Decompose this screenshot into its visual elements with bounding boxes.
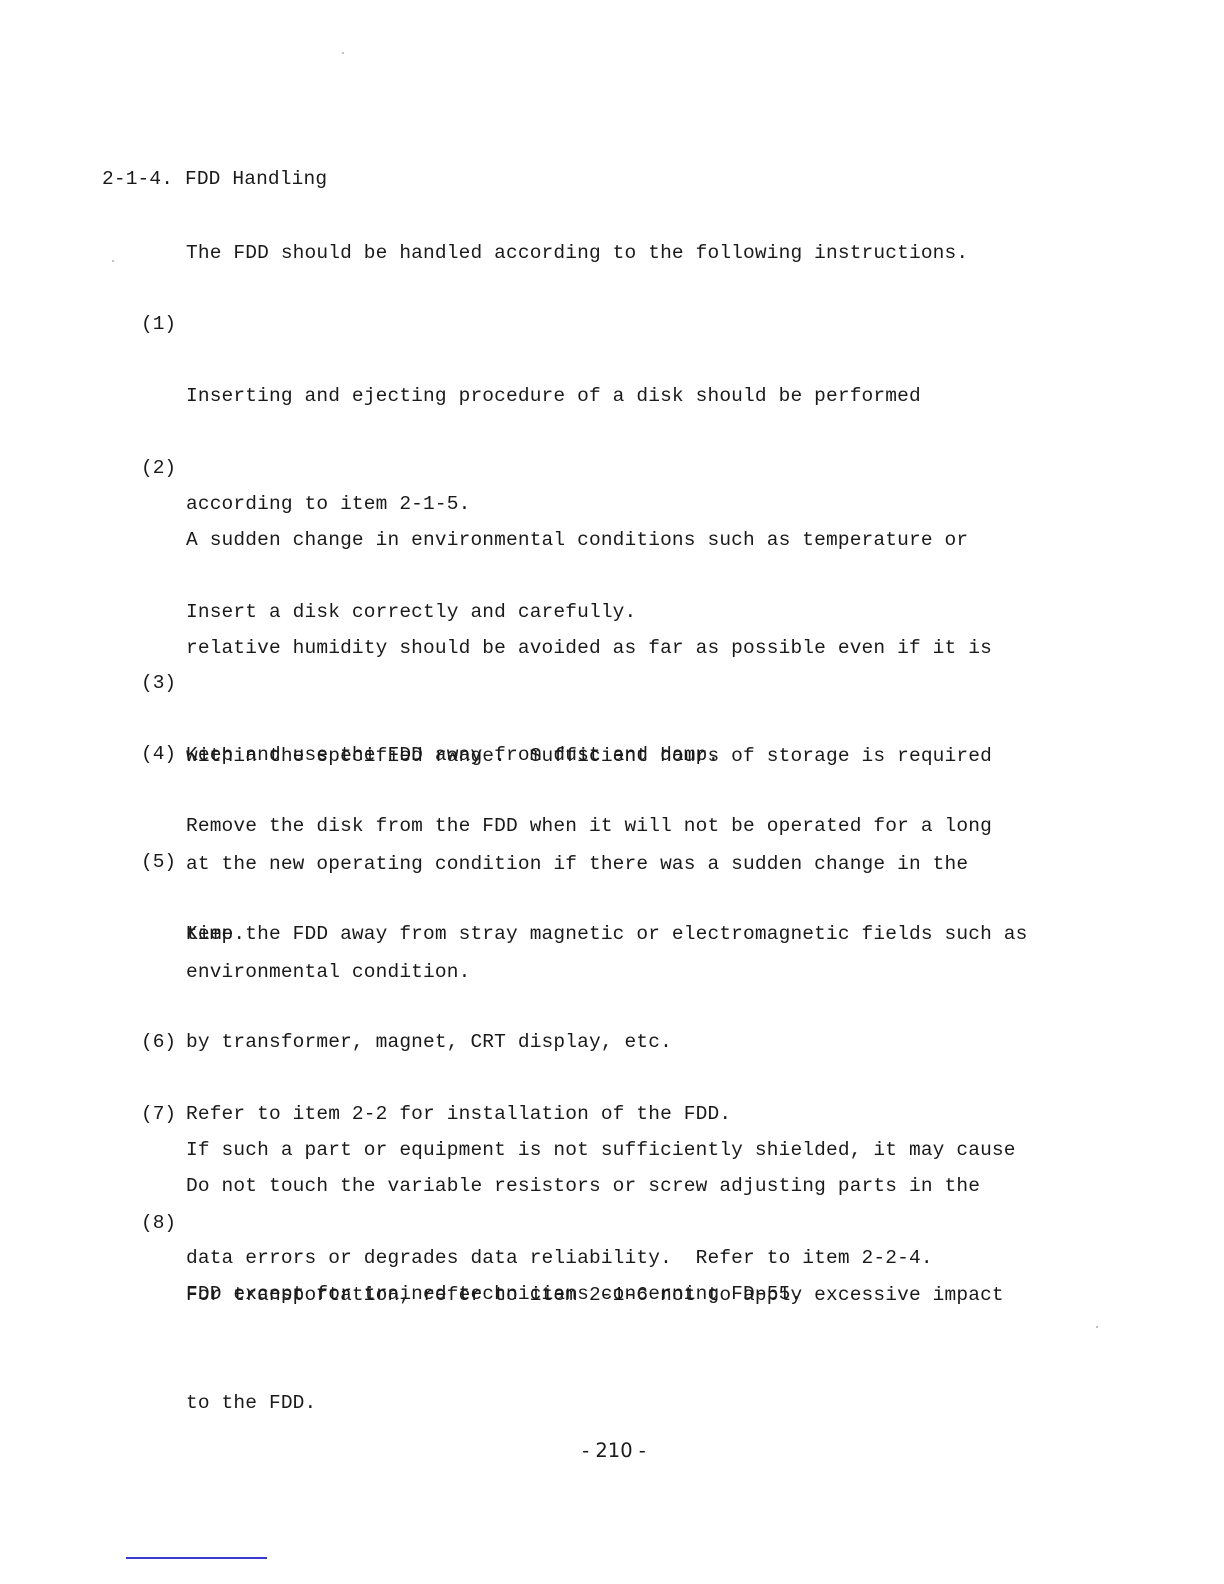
item-number: (4) bbox=[141, 742, 176, 766]
item-line: For transportation, refer to item 2-1-6 … bbox=[186, 1277, 1004, 1313]
document-page: 2-1-4. FDD Handling The FDD should be ha… bbox=[0, 0, 1224, 1584]
item-line: Inserting and ejecting procedure of a di… bbox=[186, 378, 921, 414]
intro-paragraph: The FDD should be handled according to t… bbox=[186, 241, 968, 265]
scan-speck bbox=[1096, 1326, 1098, 1328]
item-number: (3) bbox=[141, 671, 176, 695]
item-line: Keep the FDD away from stray magnetic or… bbox=[186, 916, 1028, 952]
item-line: Remove the disk from the FDD when it wil… bbox=[186, 808, 992, 844]
scan-speck bbox=[112, 260, 114, 262]
item-line: relative humidity should be avoided as f… bbox=[186, 630, 992, 666]
item-line: to the FDD. bbox=[186, 1385, 1004, 1421]
item-number: (5) bbox=[141, 850, 176, 874]
item-line: Do not touch the variable resistors or s… bbox=[186, 1168, 980, 1204]
section-title: 2-1-4. FDD Handling bbox=[102, 167, 327, 191]
item-line: A sudden change in environmental conditi… bbox=[186, 522, 992, 558]
item-number: (7) bbox=[141, 1102, 176, 1126]
item-number: (1) bbox=[141, 312, 176, 336]
item-number: (6) bbox=[141, 1030, 176, 1054]
footer-rule bbox=[126, 1557, 267, 1559]
item-number: (8) bbox=[141, 1211, 176, 1235]
item-number: (2) bbox=[141, 456, 176, 480]
scan-speck bbox=[342, 52, 344, 54]
page-number: - 210 - bbox=[0, 1439, 1224, 1463]
